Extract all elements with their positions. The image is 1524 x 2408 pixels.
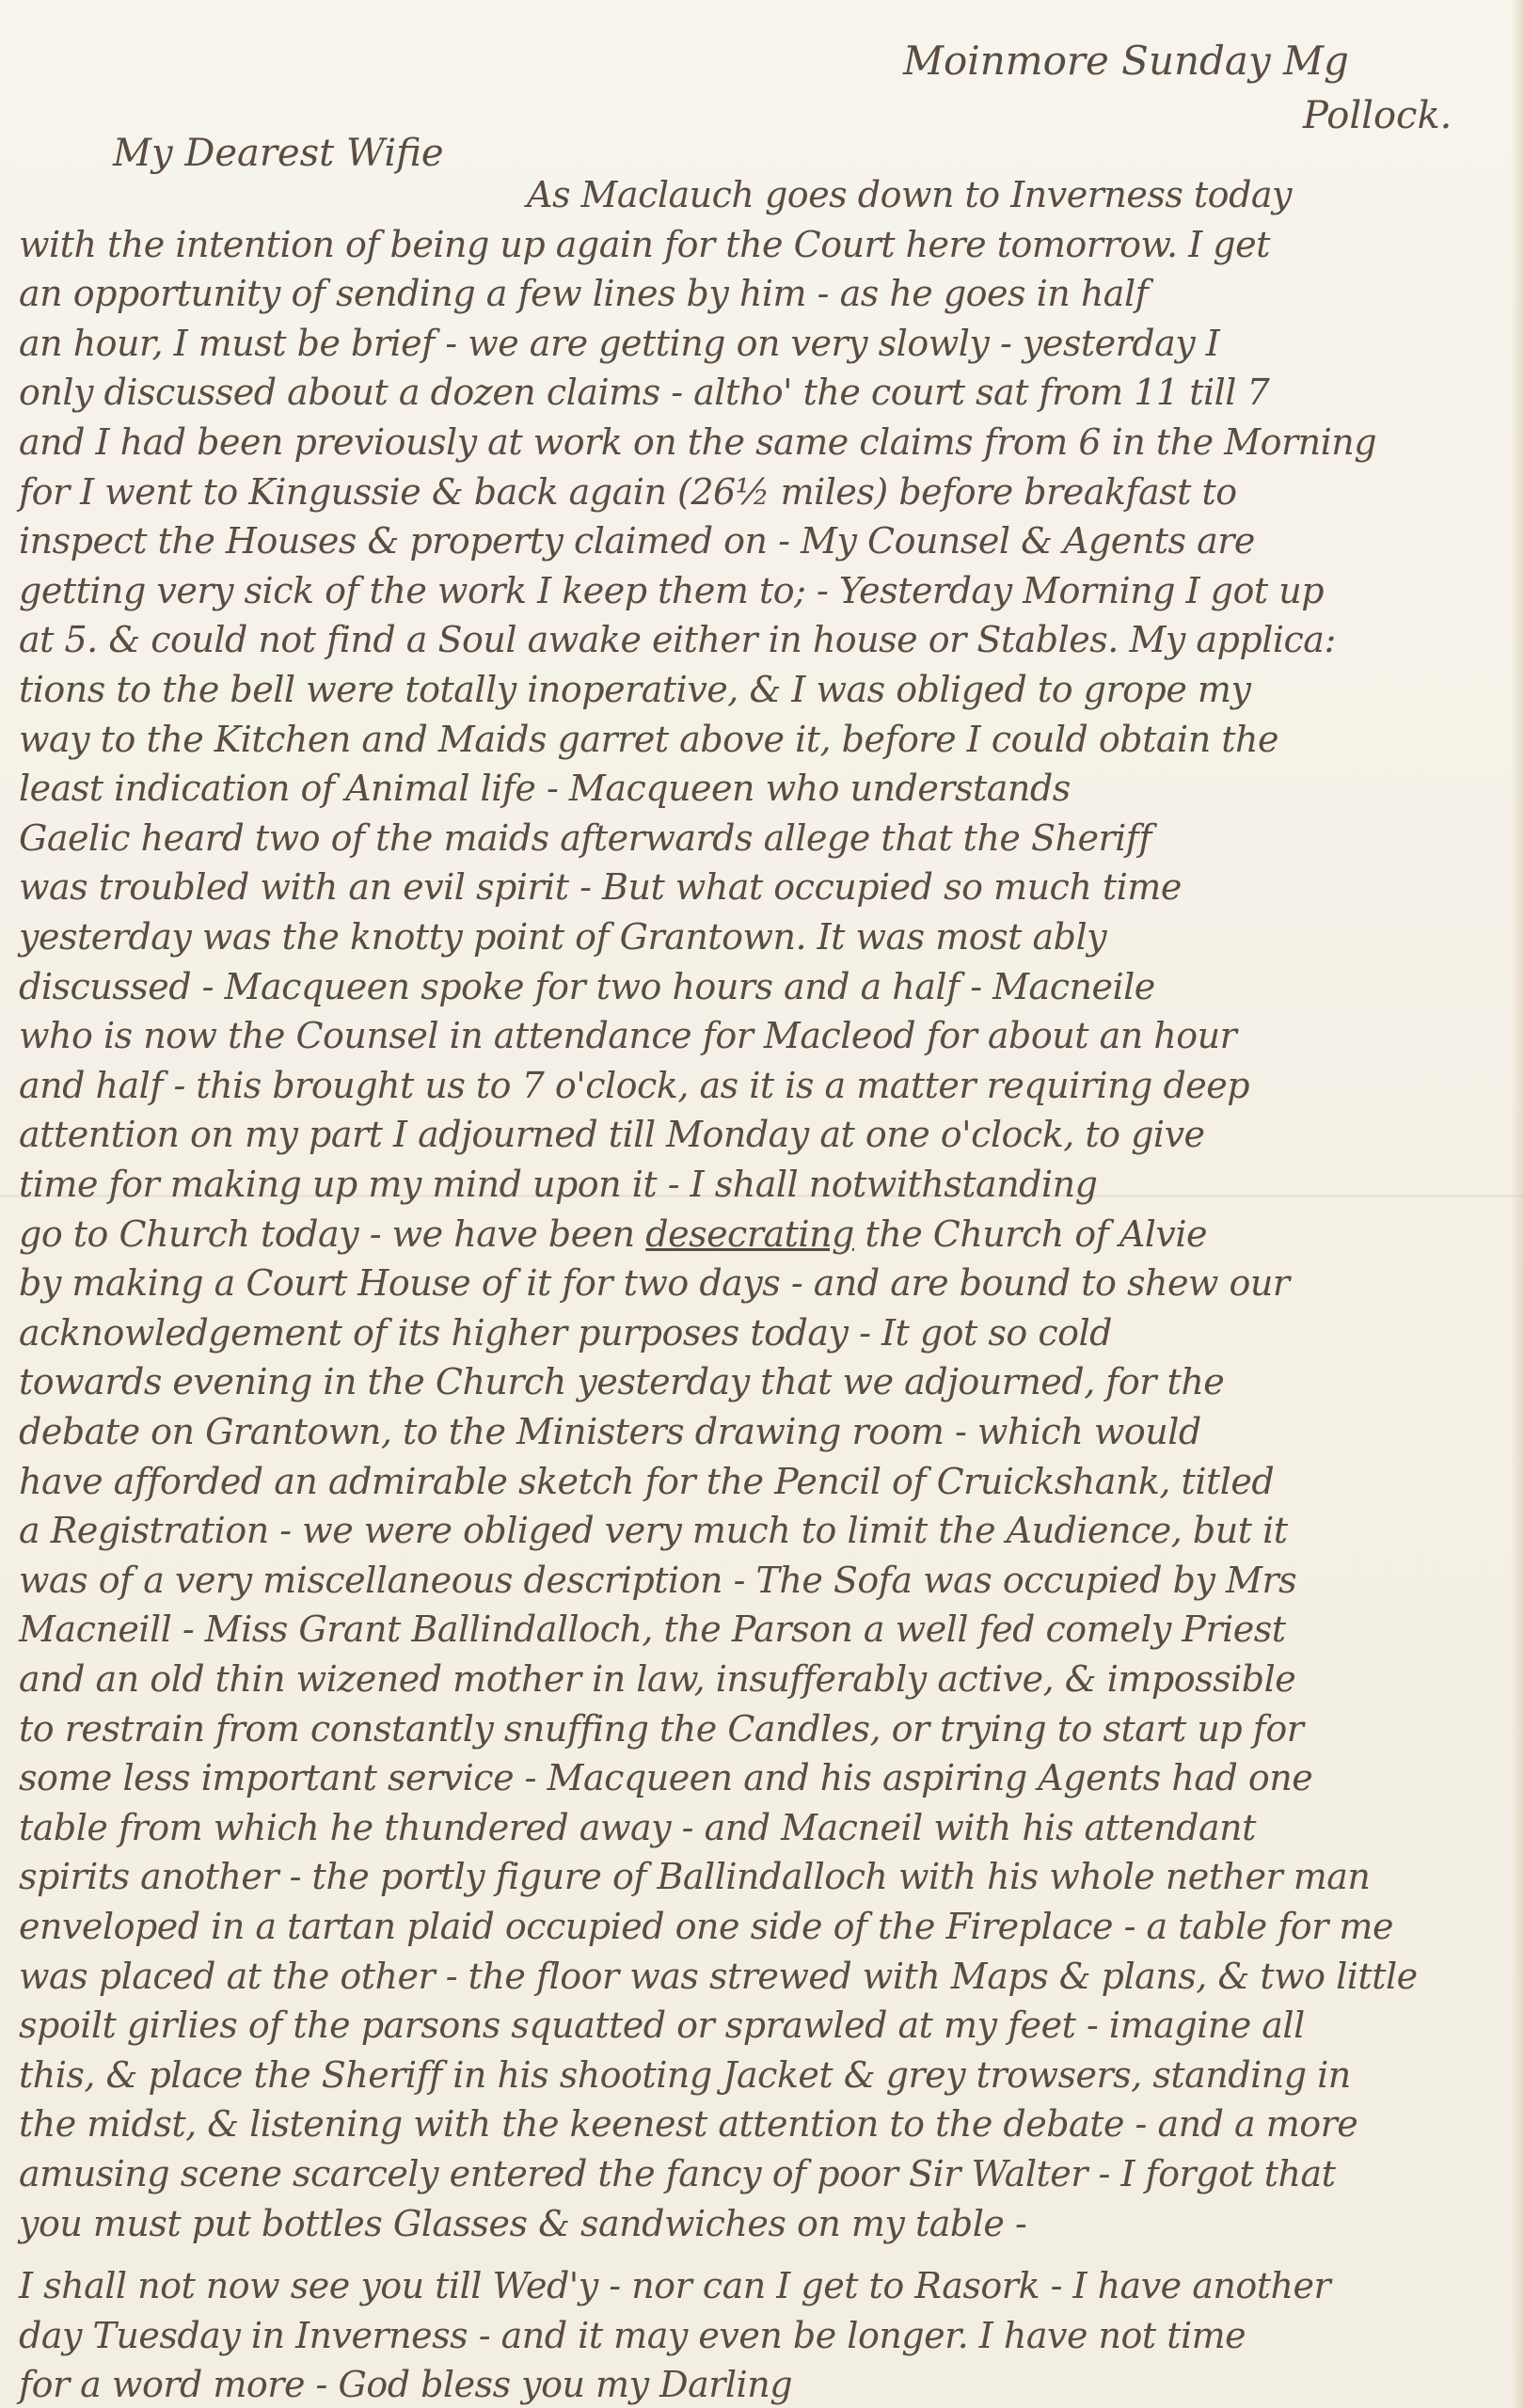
letter-line: Macneill - Miss Grant Ballindalloch, the… [19,1608,1286,1650]
letter-line: who is now the Counsel in attendance for… [19,1015,1236,1056]
letter-line: a Registration - we were obliged very mu… [19,1510,1288,1551]
letter-line: was of a very miscellaneous description … [19,1560,1296,1601]
letter-line: least indication of Animal life - Macque… [19,768,1071,809]
letter-line: and I had been previously at work on the… [19,421,1376,463]
letter-line: inspect the Houses & property claimed on… [19,520,1255,562]
letter-line: by making a Court House of it for two da… [19,1262,1290,1304]
letter-line: debate on Grantown, to the Ministers dra… [19,1411,1201,1452]
letter-line: some less important service - Macqueen a… [19,1757,1312,1798]
letter-line: spoilt girlies of the parsons squatted o… [19,2004,1305,2046]
letter-page: Moinmore Sunday Mg Pollock. My Dearest W… [0,0,1524,2408]
letter-line: and an old thin wizened mother in law, i… [19,1658,1295,1700]
letter-line: was placed at the other - the floor was … [19,1956,1418,1997]
letter-line: enveloped in a tartan plaid occupied one… [19,1906,1393,1947]
letter-line: As Maclauch goes down to Inverness today [527,174,1292,215]
letter-line: have afforded an admirable sketch for th… [19,1461,1274,1502]
letter-line: for a word more - God bless you my Darli… [19,2364,792,2405]
letter-line: the midst, & listening with the keenest … [19,2103,1357,2145]
letter-line: an hour, I must be brief - we are gettin… [19,323,1219,364]
letter-line: this, & place the Sheriff in his shootin… [19,2054,1351,2096]
letter-line: and half - this brought us to 7 o'clock,… [19,1065,1249,1106]
letter-salutation: My Dearest Wifie [113,132,444,175]
letter-line: towards evening in the Church yesterday … [19,1361,1224,1402]
paper-edge [1511,0,1524,2408]
letter-line: yesterday was the knotty point of Granto… [19,916,1106,958]
letter-place-line2: Pollock. [1303,94,1452,137]
letter-line: time for making up my mind upon it - I s… [19,1164,1097,1205]
letter-line: amusing scene scarcely entered the fancy… [19,2153,1335,2194]
letter-line: spirits another - the portly figure of B… [19,1856,1370,1897]
letter-line: way to the Kitchen and Maids garret abov… [19,719,1278,760]
letter-line: was troubled with an evil spirit - But w… [19,866,1182,908]
letter-line: day Tuesday in Inverness - and it may ev… [19,2315,1246,2356]
underlined-word: desecrating [645,1213,854,1255]
letter-line: acknowledgement of its higher purposes t… [19,1312,1112,1354]
letter-line: discussed - Macqueen spoke for two hours… [19,966,1155,1007]
letter-line: Gaelic heard two of the maids afterwards… [19,817,1151,859]
letter-line: you must put bottles Glasses & sandwiche… [19,2203,1026,2244]
letter-line: for I went to Kingussie & back again (26… [19,471,1237,513]
letter-line: attention on my part I adjourned till Mo… [19,1114,1205,1155]
letter-line: table from which he thundered away - and… [19,1807,1256,1848]
letter-line: tions to the bell were totally inoperati… [19,669,1250,710]
letter-line: I shall not now see you till Wed'y - nor… [19,2265,1330,2306]
letter-line: with the intention of being up again for… [19,224,1270,265]
letter-line: at 5. & could not find a Soul awake eith… [19,619,1336,660]
letter-line: only discussed about a dozen claims - al… [19,372,1269,413]
letter-line: getting very sick of the work I keep the… [19,570,1324,611]
letter-place-date: Moinmore Sunday Mg [903,38,1349,84]
letter-line: go to Church today - we have been desecr… [19,1213,1207,1255]
letter-line: an opportunity of sending a few lines by… [19,273,1148,314]
letter-line: to restrain from constantly snuffing the… [19,1708,1303,1750]
